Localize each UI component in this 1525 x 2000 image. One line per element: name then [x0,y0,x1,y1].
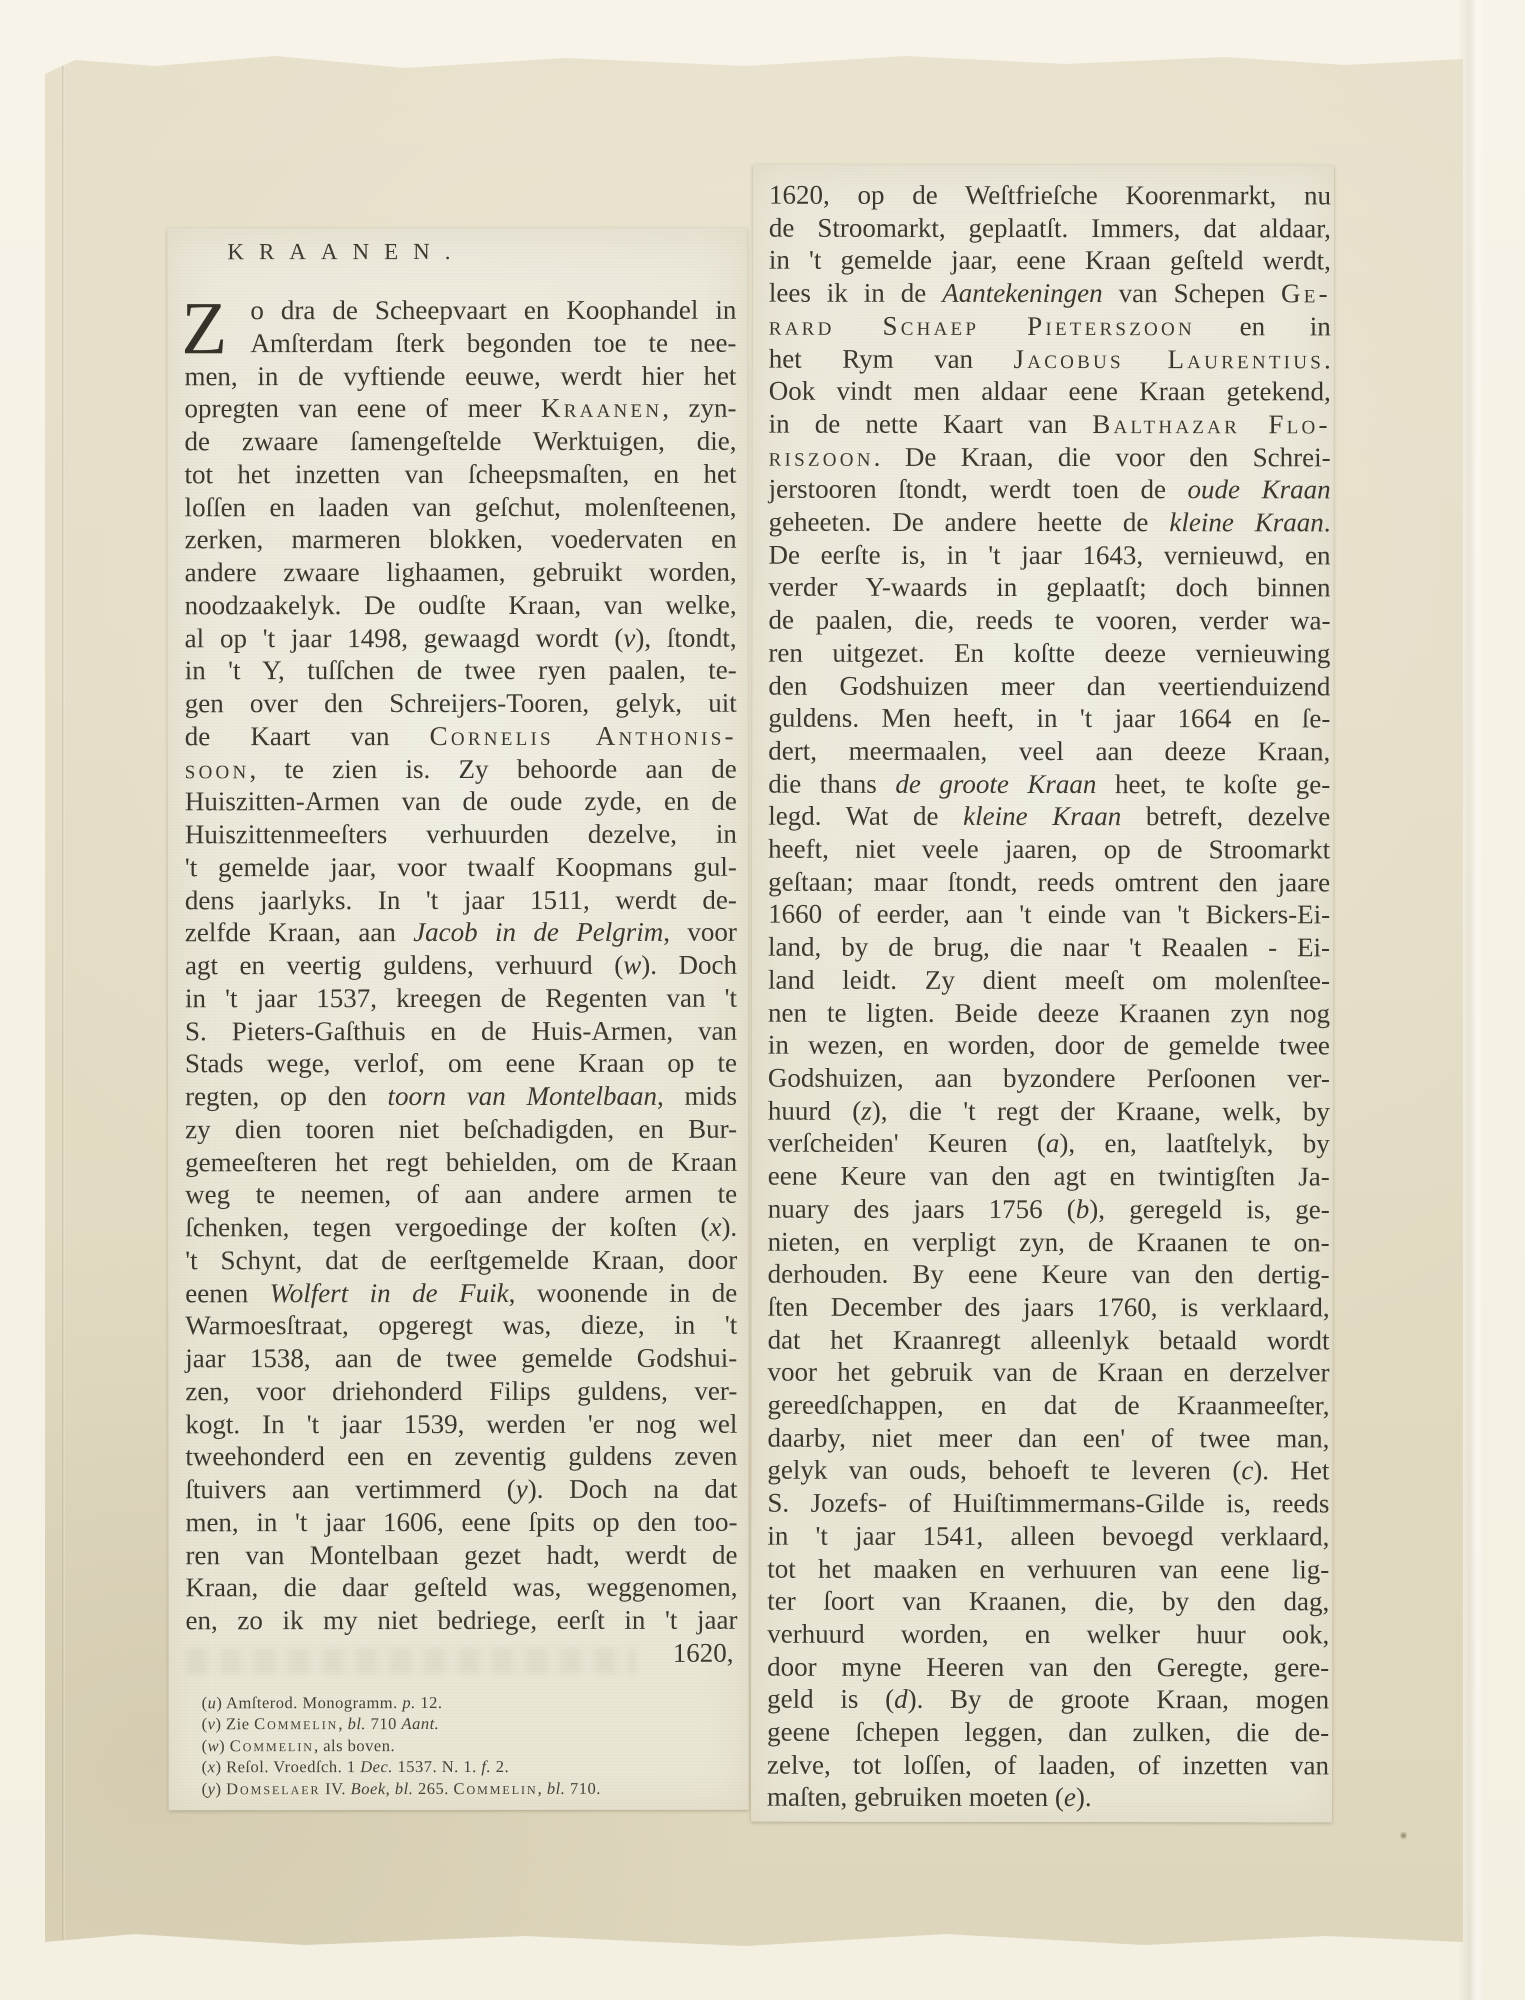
text-line: Stads wege, verlof, om eene Kraan op te [185,1047,737,1080]
right-column-lines: 1620, op de Weſtfrieſche Koorenmarkt, nu… [767,179,1331,1815]
text-line: S. Pieters-Gaſthuis en de Huis-Armen, va… [185,1014,737,1047]
text-line: tweehonderd een en zeventig guldens zeve… [185,1440,737,1473]
text-line: loſſen en laaden van geſchut, molenſteen… [185,490,737,523]
left-column: Z o dra de Scheepvaart en Koophandel inA… [184,294,737,1799]
text-line: in 't gemelde jaar, eene Kraan geſteld w… [769,244,1331,277]
text-line: rard Schaep Pieterszoon en in [769,309,1331,342]
text-line: door myne Heeren van den Geregte, gere- [767,1650,1329,1683]
text-line: geſtaan; maar ſtondt, reeds omtrent den … [768,865,1330,898]
text-line: eene Keure van den agt en twintigſten Ja… [768,1160,1330,1193]
text-line: zelve, tot loſſen, of laaden, of inzette… [767,1748,1329,1781]
text-line: zerken, marmeren blokken, voedervaten en [185,523,737,556]
text-line: soon, te zien is. Zy behoorde aan de [185,752,737,785]
backing-sheet: KRAANEN. Z o dra de Scheepvaart en Kooph… [45,52,1463,1948]
text-line: ter ſoort van Kraanen, die, by den dag, [767,1585,1329,1618]
text-line: gereedſchappen, en dat de Kraanmeeſter, [767,1389,1329,1422]
text-line: gemeeſteren het regt behielden, om de Kr… [185,1145,737,1178]
text-line: men, in 't jaar 1606, eene ſpits op den … [185,1506,737,1539]
text-line: o dra de Scheepvaart en Koophandel in [184,294,736,327]
clipping-left: KRAANEN. Z o dra de Scheepvaart en Kooph… [167,228,748,1811]
text-line: gelyk van ouds, behoeft te leveren (c). … [767,1454,1329,1487]
text-line: jerstooren ſtondt, werdt toen de oude Kr… [769,473,1331,506]
footnote-line: (y) Domselaer IV. Boek, bl. 265. Commeli… [202,1777,738,1799]
text-line: ſten December des jaars 1760, is verklaa… [768,1291,1330,1324]
text-line: S. Jozefs- of Huiſtimmermans-Gilde is, r… [767,1487,1329,1520]
text-line: die thans de groote Kraan heet, te koſte… [768,767,1330,800]
text-line: verder Y-waards in geplaatſt; doch binne… [768,571,1330,604]
text-line: land leidt. Zy dient meeſt om molenſtee- [768,964,1330,997]
text-line: Huiszittenmeeſters verhuurden dezelve, i… [185,818,737,851]
text-line: agt en veertig guldens, verhuurd (w). Do… [185,949,737,982]
drop-cap: Z [181,298,227,360]
text-line: dat het Kraanregt alleenlyk betaald word… [768,1323,1330,1356]
footnote-line: (u) Amſterod. Monogramm. p. 12. [202,1691,738,1713]
text-line: Ook vindt men aldaar eene Kraan getekend… [769,375,1331,408]
text-line: 1660 of eerder, aan 't einde van 't Bick… [768,898,1330,931]
text-line: land, by de brug, die naar 't Reaalen - … [768,931,1330,964]
text-line: riszoon. De Kraan, die voor den Schrei- [769,440,1331,473]
text-line: al op 't jaar 1498, gewaagd wordt (v), ſ… [185,621,737,654]
text-line: opregten van eene of meer Kraanen, zyn- [184,392,736,425]
text-line: Amſterdam ſterk begonden toe te nee- [184,327,736,360]
fold-line [62,62,65,1940]
text-line: in de nette Kaart van Balthazar Flo- [769,408,1331,441]
text-line: nuary des jaars 1756 (b), geregeld is, g… [768,1192,1330,1225]
text-line: heeft, niet veele jaaren, op de Stroomar… [768,833,1330,866]
text-line: zelfde Kraan, aan Jacob in de Pelgrim, v… [185,916,737,949]
right-column: 1620, op de Weſtfrieſche Koorenmarkt, nu… [767,179,1331,1815]
text-line: maſten, gebruiken moeten (e). [767,1781,1329,1814]
text-line: zen, voor driehonderd Filips guldens, ve… [185,1375,737,1408]
text-line: regten, op den toorn van Montelbaan, mid… [185,1080,737,1113]
footnote-line: (w) Commelin, als boven. [202,1734,738,1756]
text-line: verſcheiden' Keuren (a), en, laatſtelyk,… [768,1127,1330,1160]
text-line: eenen Wolfert in de Fuik, woonende in de [185,1276,737,1309]
text-line: ren uitgezet. En koſtte deeze vernieuwin… [768,637,1330,670]
text-line: zy dien tooren niet beſchadigden, en Bur… [185,1113,737,1146]
text-line: 't Schynt, dat de eerſtgemelde Kraan, do… [185,1244,737,1277]
text-line: kogt. In 't jaar 1539, werden 'er nog we… [185,1407,737,1440]
text-line: 1620, op de Weſtfrieſche Koorenmarkt, nu [769,179,1331,212]
left-column-lines: o dra de Scheepvaart en Koophandel inAmſ… [184,294,737,1637]
text-line: geheeten. De andere heette de kleine Kra… [769,506,1331,539]
text-line: noodzaakelyk. De oudſte Kraan, van welke… [185,589,737,622]
text-line: het Rym van Jacobus Laurentius. [769,342,1331,375]
text-line: ſtuivers aan vertimmerd (y). Doch na dat [185,1473,737,1506]
text-line: Warmoesſtraat, opgeregt was, dieze, in '… [185,1309,737,1342]
text-line: weg te neemen, of aan andere armen te [185,1178,737,1211]
text-line: nieten, en verpligt zyn, de Kraanen te o… [768,1225,1330,1258]
scanned-document-page: { "page": { "title": "KRAANEN.", "left_c… [0,0,1525,2000]
text-line: ſchenken, tegen vergoedinge der koſten (… [185,1211,737,1244]
text-line: geene ſchepen leggen, dan zulken, die de… [767,1716,1329,1749]
clipping-right: 1620, op de Weſtfrieſche Koorenmarkt, nu… [751,165,1334,1823]
text-line: tot het inzetten van ſcheepsmaſten, en h… [185,458,737,491]
text-line: lees ik in de Aantekeningen van Schepen … [769,277,1331,310]
text-line: guldens. Men heeft, in 't jaar 1664 en ſ… [768,702,1330,735]
text-line: derhouden. By eene Keure van den dertig- [768,1258,1330,1291]
text-line: tot het maaken en verhuuren van eene lig… [767,1552,1329,1585]
text-line: De eerſte is, in 't jaar 1643, vernieuwd… [769,538,1331,571]
text-line: de Stroomarkt, geplaatſt. Immers, dat al… [769,211,1331,244]
page-title: KRAANEN. [227,239,465,265]
text-line: jaar 1538, aan de twee gemelde Godshui- [185,1342,737,1375]
text-line: verhuurd worden, en welker huur ook, [767,1618,1329,1651]
footnotes: (u) Amſterod. Monogramm. p. 12.(v) Zie C… [186,1691,738,1799]
text-line: in 't jaar 1541, alleen bevoegd verklaar… [767,1519,1329,1552]
text-line: geld is (d). By de groote Kraan, mogen [767,1683,1329,1716]
text-line: legd. Wat de kleine Kraan betreft, dezel… [768,800,1330,833]
text-line: Huiszitten-Armen van de oude zyde, en de [185,785,737,818]
text-line: den Godshuizen meer dan veertienduizend [768,669,1330,702]
text-line: in wezen, en worden, door de gemelde twe… [768,1029,1330,1062]
text-line: de paalen, die, reeds te vooren, verder … [768,604,1330,637]
year-line: 1620, [186,1637,738,1670]
text-line: in 't jaar 1537, kreegen de Regenten van… [185,982,737,1015]
text-line: de zwaare ſamengeſtelde Werktuigen, die, [184,425,736,458]
text-line: Godshuizen, aan byzondere Perſoonen ver- [768,1062,1330,1095]
text-line: daarby, niet meer dan een' of twee man, [767,1421,1329,1454]
text-line: voor het gebruik van de Kraan en derzelv… [768,1356,1330,1389]
text-line: de Kaart van Cornelis Anthonis- [185,720,737,753]
text-line: in 't Y, tuſſchen de twee ryen paalen, t… [185,654,737,687]
text-line: dens jaarlyks. In 't jaar 1511, werdt de… [185,883,737,916]
text-line: dert, meermaalen, veel aan deeze Kraan, [768,735,1330,768]
text-line: andere zwaare lighaamen, gebruikt worden… [185,556,737,589]
text-line: men, in de vyftiende eeuwe, werdt hier h… [184,359,736,392]
paper-speck [1400,1831,1407,1840]
footnote-line: (x) Reſol. Vroedſch. 1 Dec. 1537. N. 1. … [202,1756,738,1778]
text-line: ren van Montelbaan gezet hadt, werdt de [185,1538,737,1571]
text-line: en, zo ik my niet bedriege, eerſt in 't … [186,1604,738,1637]
text-line: nen te ligten. Beide deeze Kraanen zyn n… [768,996,1330,1029]
footnote-line: (v) Zie Commelin, bl. 710 Aant. [202,1713,738,1735]
text-line: huurd (z), die 't regt der Kraane, welk,… [768,1094,1330,1127]
text-line: gen over den Schreijers-Tooren, gelyk, u… [185,687,737,720]
text-line: Kraan, die daar geſteld was, weggenomen, [185,1571,737,1604]
text-line: 't gemelde jaar, voor twaalf Koopmans gu… [185,851,737,884]
